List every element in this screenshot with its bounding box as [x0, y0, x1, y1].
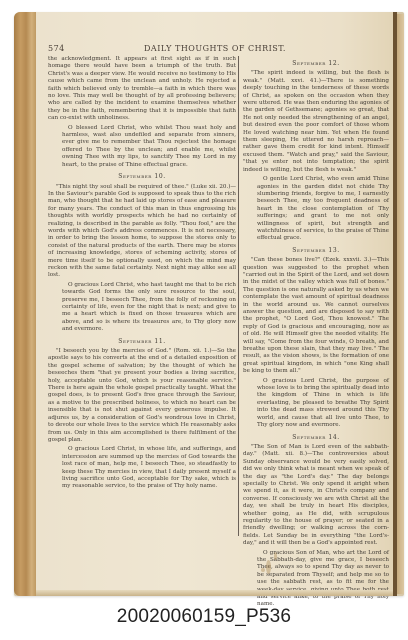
- page-bottom-edge: [36, 590, 393, 596]
- heading-sept-10: September 10.: [48, 173, 236, 180]
- prayer-sept-12: O gentle Lord Christ, who even amid Thin…: [257, 176, 389, 243]
- heading-sept-14: September 14.: [243, 434, 389, 441]
- book-scan: 574 DAILY THOUGHTS OF CHRIST. the acknow…: [14, 12, 404, 596]
- prayer-sept-9: O blessed Lord Christ, who whilst Thou w…: [62, 125, 236, 169]
- running-title: DAILY THOUGHTS OF CHRIST.: [144, 44, 286, 53]
- right-column: September 12. "The spirit indeed is will…: [243, 56, 389, 611]
- prayer-sept-13: O gracious Lord Christ, the purpose of w…: [257, 378, 389, 430]
- book-page: 574 DAILY THOUGHTS OF CHRIST. the acknow…: [36, 12, 393, 592]
- body-sept-11: "I beseech you by the mercies of God." (…: [48, 348, 236, 444]
- image-id-caption: 20020060159_P536: [0, 606, 408, 628]
- page-number: 574: [48, 44, 65, 53]
- paper-stain: [261, 568, 265, 572]
- body-sept-13: "Can these bones live?" (Ezek. xxxvii. 3…: [243, 257, 389, 376]
- facing-page-edge: [397, 14, 404, 594]
- prayer-sept-11: O gracious Lord Christ, in whose life, a…: [62, 446, 236, 490]
- column-divider: [238, 56, 239, 536]
- body-sept-14: "The Son of Man is Lord even of the sabb…: [243, 444, 389, 548]
- paper-stain: [266, 560, 271, 574]
- heading-sept-11: September 11.: [48, 338, 236, 345]
- book-spine: [14, 12, 36, 596]
- heading-sept-12: September 12.: [243, 60, 389, 67]
- body-sept-12: "The spirit indeed is willing, but the f…: [243, 70, 389, 174]
- heading-sept-13: September 13.: [243, 247, 389, 254]
- prayer-sept-10: O gracious Lord Christ, who hast taught …: [62, 282, 236, 334]
- paper-stain: [274, 552, 277, 560]
- left-column: the acknowledgment. It appears at first …: [48, 56, 236, 493]
- body-sept-10: "This night thy soul shall be required o…: [48, 184, 236, 280]
- continuation-text: the acknowledgment. It appears at first …: [48, 56, 236, 123]
- prayer-sept-14: O gracious Son of Man, who art the Lord …: [257, 550, 389, 609]
